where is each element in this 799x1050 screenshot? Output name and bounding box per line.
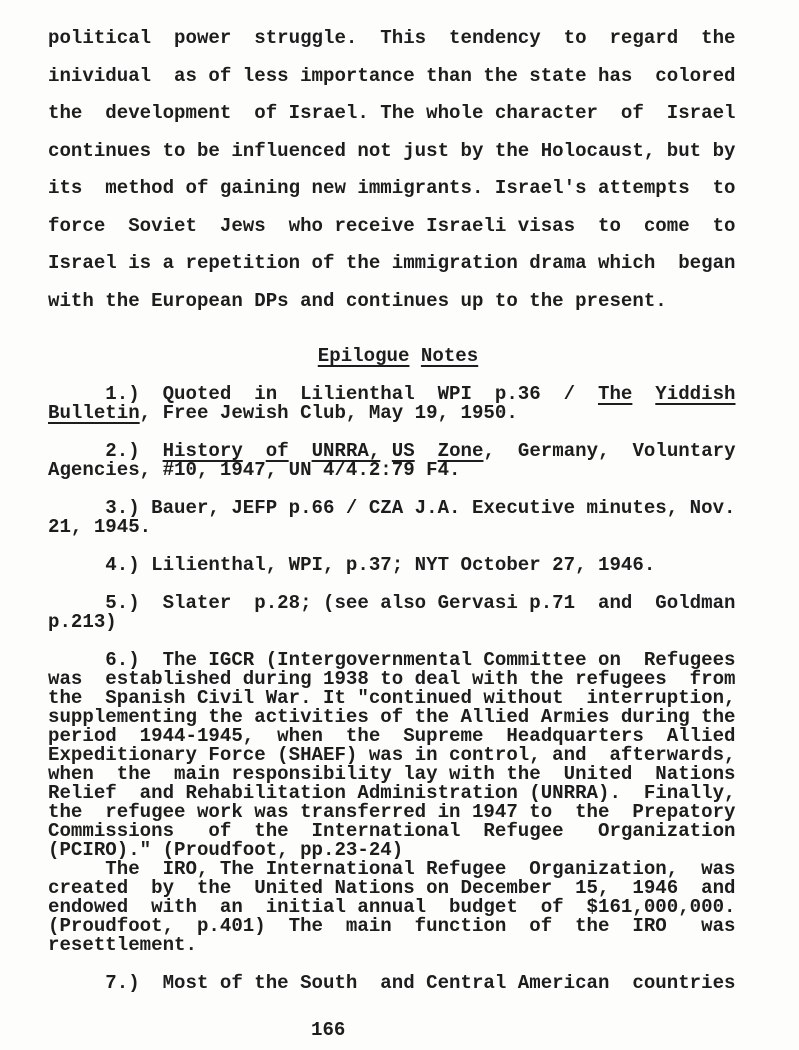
text-segment: resettlement. [48, 934, 197, 956]
text-segment: Agencies, #10, 1947, UN 4/4.2:79 F4. [48, 459, 461, 481]
underlined-text: Yiddish [655, 383, 735, 405]
text-line: the development of Israel. The whole cha… [48, 95, 748, 133]
underlined-text: The [598, 383, 632, 405]
note-7: 7.) Most of the South and Central Americ… [48, 974, 748, 993]
note-5: 5.) Slater p.28; (see also Gervasi p.71 … [48, 594, 748, 632]
text-line: 3.) Bauer, JEFP p.66 / CZA J.A. Executiv… [48, 499, 748, 518]
note-4: 4.) Lilienthal, WPI, p.37; NYT October 2… [48, 556, 748, 575]
text-line: 4.) Lilienthal, WPI, p.37; NYT October 2… [48, 556, 748, 575]
epilogue-notes-heading: Epilogue Notes [48, 347, 748, 366]
text-line: political power struggle. This tendency … [48, 20, 748, 58]
text-segment [409, 345, 420, 367]
text-line: 21, 1945. [48, 518, 748, 537]
text-line: with the European DPs and continues up t… [48, 283, 748, 321]
text-segment: p.213) [48, 611, 117, 633]
text-line: p.213) [48, 613, 748, 632]
text-segment: 5.) Slater p.28; (see also Gervasi p.71 … [48, 592, 736, 614]
text-segment: inividual as of less importance than the… [48, 65, 736, 87]
text-line: 7.) Most of the South and Central Americ… [48, 974, 748, 993]
text-line: inividual as of less importance than the… [48, 58, 748, 96]
text-line: Israel is a repetition of the immigratio… [48, 245, 748, 283]
underlined-text: Bulletin [48, 402, 140, 424]
text-segment: , Germany, Voluntary [483, 440, 735, 462]
text-line: its method of gaining new immigrants. Is… [48, 170, 748, 208]
typed-text: political power struggle. This tendency … [48, 20, 748, 1012]
typed-document-page: political power struggle. This tendency … [0, 0, 799, 1050]
text-segment: the development of Israel. The whole cha… [48, 102, 736, 124]
note-2: 2.) History of UNRRA, US Zone, Germany, … [48, 442, 748, 480]
text-line: continues to be influenced not just by t… [48, 133, 748, 171]
text-segment: with the European DPs and continues up t… [48, 290, 667, 312]
text-line: force Soviet Jews who receive Israeli vi… [48, 208, 748, 246]
opening-paragraph: political power struggle. This tendency … [48, 20, 748, 320]
text-segment: , Free Jewish Club, May 19, 1950. [140, 402, 518, 424]
text-segment: political power struggle. This tendency … [48, 27, 736, 49]
text-segment: its method of gaining new immigrants. Is… [48, 177, 736, 199]
text-segment: force Soviet Jews who receive Israeli vi… [48, 215, 736, 237]
underlined-text: Epilogue [318, 345, 410, 367]
text-segment: Israel is a repetition of the immigratio… [48, 252, 736, 274]
note-1: 1.) Quoted in Lilienthal WPI p.36 / The … [48, 385, 748, 423]
text-segment: continues to be influenced not just by t… [48, 140, 736, 162]
text-segment: 4.) Lilienthal, WPI, p.37; NYT October 2… [48, 554, 655, 576]
text-segment [632, 383, 655, 405]
note-3: 3.) Bauer, JEFP p.66 / CZA J.A. Executiv… [48, 499, 748, 537]
page-number: 166 [311, 1021, 345, 1040]
text-line: Agencies, #10, 1947, UN 4/4.2:79 F4. [48, 461, 748, 480]
underlined-text: Notes [421, 345, 478, 367]
text-segment: 7.) Most of the South and Central Americ… [48, 972, 736, 994]
text-line: resettlement. [48, 936, 748, 955]
note-6: 6.) The IGCR (Intergovernmental Committe… [48, 651, 748, 955]
text-segment: 3.) Bauer, JEFP p.66 / CZA J.A. Executiv… [48, 497, 736, 519]
text-line: 5.) Slater p.28; (see also Gervasi p.71 … [48, 594, 748, 613]
text-line: Bulletin, Free Jewish Club, May 19, 1950… [48, 404, 748, 423]
text-line: Epilogue Notes [48, 347, 748, 366]
text-segment: 21, 1945. [48, 516, 151, 538]
